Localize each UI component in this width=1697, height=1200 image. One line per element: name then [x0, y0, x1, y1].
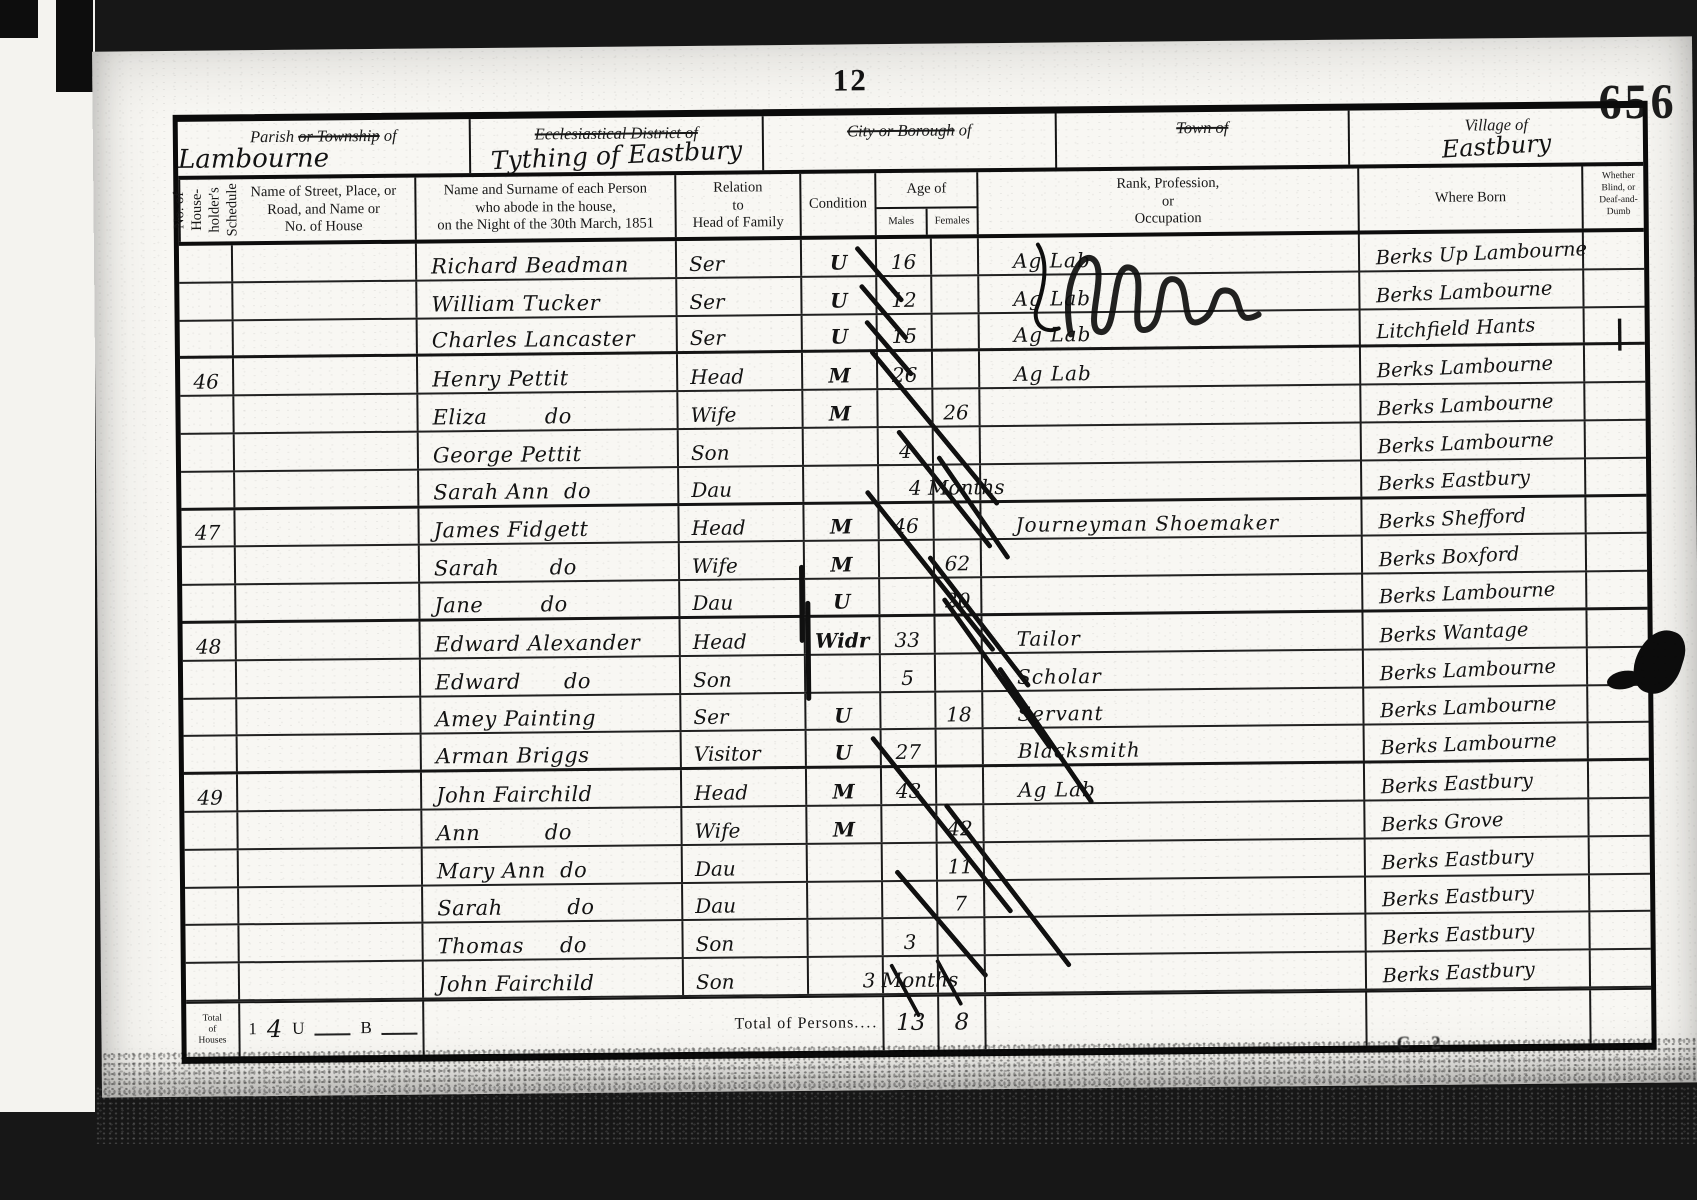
- cell-relation: Dau: [683, 882, 808, 919]
- cell-name: Henry Pettit: [418, 354, 678, 392]
- col-condition: Condition: [801, 173, 877, 236]
- cell-occupation: Ag Lab: [980, 348, 1361, 387]
- total-houses-values: 1 4 U B: [240, 1001, 425, 1056]
- city-borough-field: City or Borough of: [764, 113, 1058, 170]
- col-name-surname: Name and Surname of each Person who abod…: [416, 175, 677, 239]
- cell-relation: Head: [678, 353, 803, 390]
- cell-age-male: 27: [882, 730, 937, 765]
- cell-street: [237, 622, 421, 660]
- cell-age-male: 12: [877, 276, 932, 312]
- cell-schedule-number: [180, 321, 234, 356]
- cell-age-male: 3 Months: [884, 957, 939, 993]
- cell-schedule-number: [185, 850, 239, 886]
- cell-occupation: [986, 953, 1367, 992]
- cell-occupation: [981, 461, 1362, 499]
- cell-where-born: Litchfield Hants: [1361, 308, 1585, 345]
- cell-where-born: Berks Eastbury: [1366, 875, 1590, 913]
- col-blind-deaf: Whether Blind, or Deaf-and- Dumb: [1583, 166, 1654, 229]
- cell-condition: M: [807, 806, 882, 843]
- cell-condition: [808, 882, 883, 919]
- cell-name: Eliza do: [418, 392, 678, 430]
- cell-schedule-number: [181, 434, 235, 470]
- cell-age-female: 20: [935, 578, 982, 613]
- cell-occupation: [985, 915, 1366, 954]
- cell-occupation: Scholar: [983, 650, 1364, 689]
- cell-where-born: Berks Eastbury: [1367, 950, 1591, 988]
- cell-blind-deaf: [1589, 799, 1659, 835]
- cell-name: Edward do: [421, 657, 681, 695]
- cell-name: John Fairchild: [422, 770, 682, 808]
- col-age-females: Females: [928, 208, 977, 234]
- total-persons-label: Total of Persons....: [424, 997, 884, 1054]
- cell-age-female: [938, 919, 985, 955]
- cell-street: [238, 811, 422, 849]
- cell-occupation: [981, 424, 1362, 463]
- cell-schedule-number: [179, 245, 233, 281]
- cell-name: Mary Ann do: [423, 846, 683, 884]
- col-relation: Relation to Head of Family: [676, 174, 802, 237]
- corner-reference-mark: C 2: [1396, 1033, 1448, 1055]
- cell-condition: [808, 919, 883, 956]
- cell-where-born: Berks Eastbury: [1366, 837, 1590, 875]
- cell-where-born: Berks Shefford: [1362, 497, 1586, 535]
- cell-name: Richard Beadman: [417, 241, 677, 279]
- cell-schedule-number: 49: [184, 774, 238, 810]
- cell-age-male: 43: [882, 768, 937, 804]
- cell-condition: U: [802, 239, 877, 276]
- total-houses-label: Total of Houses: [186, 1003, 241, 1057]
- cell-condition: M: [803, 390, 878, 427]
- cell-condition: M: [803, 353, 878, 390]
- cell-occupation: [985, 839, 1366, 878]
- cell-street: [238, 735, 422, 772]
- cell-age-female: 18: [936, 692, 983, 728]
- cell-street: [240, 962, 424, 1000]
- cell-age-male: 15: [878, 314, 933, 349]
- cell-street: [236, 584, 420, 621]
- total-persons-females: 8: [939, 996, 987, 1049]
- cell-condition: [804, 428, 879, 465]
- cell-relation: Dau: [680, 580, 805, 616]
- cell-occupation: [985, 877, 1366, 916]
- cell-name: Charles Lancaster: [418, 317, 678, 354]
- cell-relation: Head: [679, 504, 804, 541]
- cell-condition: U: [805, 579, 880, 615]
- cell-schedule-number: [184, 737, 238, 772]
- cell-where-born: Berks Boxford: [1363, 535, 1587, 573]
- cell-condition: [804, 466, 879, 502]
- city-borough-label: City or Borough of: [847, 120, 972, 140]
- cell-name: George Pettit: [419, 430, 679, 468]
- cell-occupation: [982, 575, 1363, 613]
- cell-blind-deaf: [1590, 912, 1660, 948]
- cell-where-born: Berks Up Lambourne: [1360, 232, 1584, 270]
- cell-age-female: [939, 956, 986, 992]
- cell-age-male: 5: [881, 654, 936, 690]
- cell-age-male: [880, 579, 935, 614]
- cell-occupation: Servant: [983, 688, 1364, 727]
- cell-name: Sarah do: [420, 543, 680, 581]
- cell-schedule-number: [185, 926, 239, 962]
- cell-where-born: Berks Grove: [1365, 799, 1589, 837]
- cell-age-male: 46: [879, 503, 934, 539]
- cell-street: [239, 886, 423, 924]
- total-persons-males: 13: [884, 997, 940, 1051]
- cell-schedule-number: [182, 586, 236, 621]
- houses-inhabited-handwritten: 4: [267, 1015, 283, 1043]
- cell-condition: Widr: [805, 617, 880, 654]
- cell-where-born: Berks Lambourne: [1360, 270, 1584, 308]
- cell-age-male: [881, 692, 936, 728]
- cell-street: [235, 433, 419, 471]
- cell-blind-deaf: [1584, 270, 1654, 306]
- cell-age-female: [932, 276, 979, 312]
- cell-street: [237, 659, 421, 697]
- cell-blind-deaf: [1586, 496, 1656, 532]
- col-schedule-number: No. of House- holder's Schedule: [178, 179, 233, 242]
- cell-age-female: 42: [937, 805, 984, 841]
- cell-where-born: Berks Lambourne: [1364, 686, 1588, 724]
- cell-where-born: Berks Lambourne: [1361, 384, 1585, 422]
- cell-relation: Dau: [683, 845, 808, 882]
- cell-condition: U: [807, 731, 882, 767]
- cell-where-born: Berks Lambourne: [1364, 648, 1588, 686]
- cell-relation: Ser: [678, 315, 803, 351]
- cell-name: Ann do: [422, 808, 682, 846]
- building-label: B: [360, 1019, 372, 1039]
- cell-blind-deaf: [1587, 534, 1657, 570]
- cell-age-male: [882, 806, 937, 842]
- cell-age-male: 33: [880, 617, 935, 653]
- cell-blind-deaf: [1590, 836, 1660, 872]
- cell-schedule-number: [186, 963, 240, 999]
- cell-schedule-number: [182, 548, 236, 584]
- cell-occupation: [982, 537, 1363, 576]
- cell-blind-deaf: [1584, 232, 1654, 268]
- cell-where-born: Berks Wantage: [1363, 610, 1587, 648]
- cell-schedule-number: [184, 812, 238, 848]
- cell-name: James Fidgett: [419, 506, 679, 544]
- cell-schedule-number: 47: [181, 510, 235, 546]
- cell-blind-deaf: [1590, 874, 1660, 910]
- building-blank: [382, 1021, 418, 1035]
- cell-age-female: [937, 730, 984, 765]
- cell-name: Thomas do: [423, 921, 683, 959]
- cell-schedule-number: [183, 661, 237, 697]
- cell-occupation: Ag Lab: [979, 235, 1360, 274]
- parish-value: Lambourne: [178, 142, 469, 175]
- cell-where-born: Berks Eastbury: [1362, 459, 1586, 496]
- cell-relation: Head: [682, 769, 807, 806]
- cell-blind-deaf: [1585, 345, 1655, 381]
- cell-street: [233, 281, 417, 319]
- parish-field: Parish or Township of Lambourne: [178, 119, 472, 176]
- cell-name: Amey Painting: [421, 695, 681, 733]
- cell-age-male: [883, 843, 938, 879]
- totals-spacer: [1591, 990, 1662, 1044]
- cell-condition: M: [805, 542, 880, 579]
- cell-relation: Wife: [680, 542, 805, 579]
- cell-where-born: Berks Eastbury: [1365, 762, 1589, 800]
- cell-condition: U: [803, 315, 878, 351]
- cell-schedule-number: 46: [180, 359, 234, 395]
- cell-age-female: [933, 314, 980, 349]
- cell-street: [233, 244, 417, 282]
- cell-age-female: 11: [938, 843, 985, 879]
- cell-condition: [808, 844, 883, 881]
- cell-age-female: [935, 616, 982, 652]
- cell-relation: Son: [683, 920, 808, 957]
- cell-street: [234, 395, 418, 433]
- cell-age-male: [880, 541, 935, 577]
- cell-age-female: [934, 427, 981, 463]
- cell-age-male: 3: [883, 919, 938, 955]
- cell-occupation: Ag Lab: [979, 272, 1360, 311]
- cell-name: Jane do: [420, 581, 680, 618]
- village-field: Village of Eastbury: [1350, 108, 1644, 165]
- col-occupation: Rank, Profession, or Occupation: [978, 169, 1360, 235]
- page-number: 12: [810, 62, 890, 99]
- scan-corner-artifact: [0, 0, 38, 38]
- col-where-born: Where Born: [1359, 166, 1584, 230]
- cell-occupation: Journeyman Shoemaker: [981, 499, 1362, 538]
- ecclesiastical-district-field: Ecclesiastical District of Tything of Ea…: [471, 116, 765, 173]
- cell-blind-deaf: [1586, 458, 1656, 493]
- cell-age-female: [933, 352, 980, 388]
- cell-condition: M: [807, 768, 882, 805]
- cell-age-female: [936, 654, 983, 690]
- cell-age-female: 26: [933, 389, 980, 425]
- cell-occupation: Blacksmith: [984, 726, 1365, 764]
- cell-relation: Son: [684, 958, 809, 995]
- houses-inhabited-printed: 1: [248, 1020, 257, 1040]
- cell-relation: Head: [680, 618, 805, 655]
- col-age-label: Age of: [876, 172, 976, 207]
- cell-blind-deaf: |: [1585, 307, 1655, 342]
- cell-schedule-number: [179, 283, 233, 319]
- cell-schedule-number: 48: [183, 623, 237, 659]
- cell-age-female: 7: [938, 881, 985, 917]
- cell-blind-deaf: [1585, 383, 1655, 419]
- cell-age-male: 26: [878, 352, 933, 388]
- cell-age-female: [932, 238, 979, 274]
- cell-name: Sarah Ann do: [419, 468, 679, 505]
- ecclesiastical-district-value: Tything of Eastbury: [471, 134, 763, 176]
- cell-name: John Fairchild: [424, 959, 684, 997]
- cell-name: Arman Briggs: [422, 732, 682, 769]
- cell-relation: Son: [681, 656, 806, 693]
- cell-condition: [806, 655, 881, 692]
- cell-age-male: 16: [877, 239, 932, 275]
- cell-condition: U: [806, 693, 881, 730]
- cell-occupation: [980, 386, 1361, 425]
- cell-name: Edward Alexander: [421, 619, 681, 657]
- town-field: Town of: [1057, 111, 1351, 168]
- cell-relation: Dau: [679, 467, 804, 503]
- cell-name: Sarah do: [423, 884, 683, 922]
- census-rows: Richard Beadman Ser U 16 Ag Lab Berks Up…: [179, 232, 1651, 1002]
- cell-condition: M: [804, 504, 879, 541]
- census-table: Parish or Township of Lambourne Ecclesia…: [173, 101, 1657, 1064]
- cell-condition: U: [802, 277, 877, 314]
- cell-blind-deaf: [1587, 572, 1657, 607]
- cell-age-male: 4: [879, 428, 934, 464]
- cell-street: [239, 848, 423, 886]
- cell-schedule-number: [180, 397, 234, 433]
- cell-occupation: Tailor: [982, 612, 1363, 651]
- cell-street: [234, 357, 418, 395]
- cell-occupation: [984, 801, 1365, 840]
- cell-street: [238, 773, 422, 811]
- cell-age-male: [878, 390, 933, 426]
- scanner-edge-strip: [0, 0, 95, 1112]
- cell-where-born: Berks Lambourne: [1365, 724, 1589, 761]
- cell-age-female: [934, 503, 981, 539]
- col-age-males: Males: [877, 209, 928, 235]
- cell-relation: Visitor: [682, 731, 807, 767]
- col-street: Name of Street, Place, or Road, and Name…: [232, 178, 417, 242]
- cell-street: [239, 924, 423, 962]
- cell-where-born: Berks Eastbury: [1366, 913, 1590, 951]
- uninhabited-blank: [314, 1022, 350, 1036]
- cell-street: [234, 319, 418, 356]
- cell-schedule-number: [183, 699, 237, 735]
- cell-age-female: 4 Months: [934, 465, 981, 500]
- cell-age-female: [937, 767, 984, 803]
- cell-schedule-number: [181, 472, 235, 507]
- cell-relation: Ser: [677, 278, 802, 315]
- cell-street: [237, 697, 421, 735]
- cell-age-female: 62: [935, 541, 982, 577]
- cell-relation: Ser: [681, 693, 806, 730]
- cell-relation: Wife: [682, 807, 807, 844]
- cell-blind-deaf: [1591, 950, 1661, 986]
- cell-where-born: Berks Lambourne: [1361, 346, 1585, 384]
- cell-age-male: [883, 881, 938, 917]
- town-label: Town of: [1176, 118, 1228, 137]
- cell-occupation: Ag Lab: [980, 310, 1361, 348]
- cell-relation: Son: [679, 429, 804, 466]
- cell-blind-deaf: [1589, 723, 1659, 758]
- cell-blind-deaf: [1586, 421, 1656, 457]
- scanned-census-page: 12 656 Parish or Township of Lambourne E…: [0, 0, 1697, 1200]
- cell-occupation: Ag Lab: [984, 764, 1365, 803]
- cell-where-born: Berks Lambourne: [1363, 573, 1587, 610]
- cell-relation: Wife: [678, 391, 803, 428]
- totals-spacer: [986, 992, 1367, 1049]
- cell-street: [236, 546, 420, 584]
- cell-blind-deaf: [1589, 761, 1659, 797]
- cell-name: William Tucker: [417, 279, 677, 317]
- cell-street: [235, 508, 419, 546]
- cell-where-born: Berks Lambourne: [1362, 421, 1586, 459]
- cell-schedule-number: [185, 888, 239, 924]
- census-form-page: 12 656 Parish or Township of Lambourne E…: [92, 36, 1697, 1097]
- cell-relation: Ser: [677, 240, 802, 277]
- uninhabited-label: U: [292, 1019, 304, 1039]
- cell-street: [235, 470, 419, 507]
- col-age: Age of Males Females: [876, 172, 979, 235]
- scan-corner-artifact: [56, 0, 93, 92]
